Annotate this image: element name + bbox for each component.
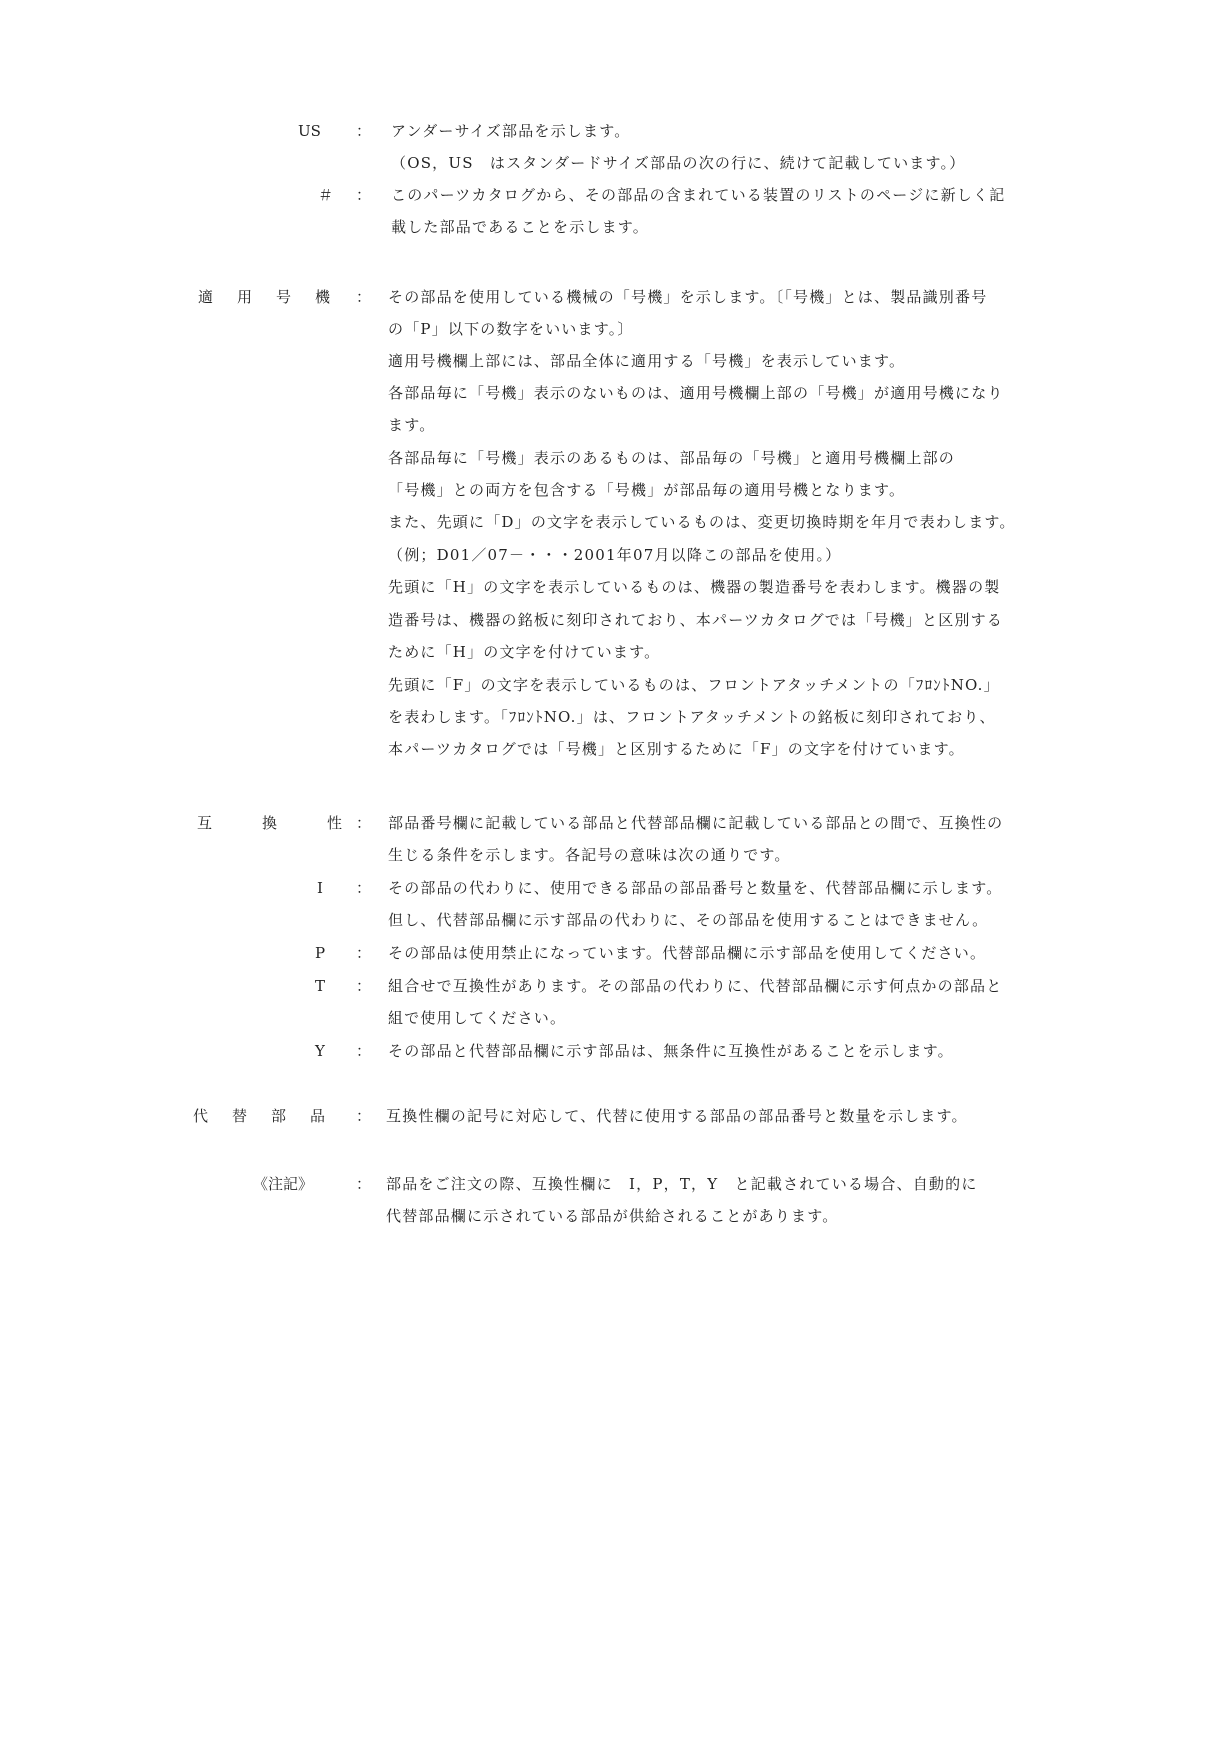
colon: ： <box>356 878 371 898</box>
colon: ： <box>356 1174 371 1194</box>
applicable-line-7: 「号機」との両方を包含する「号機」が部品毎の適用号機となります。 <box>388 480 905 500</box>
applicable-line-14: を表わします。「ﾌﾛﾝﾄNO.」は、フロントアタッチメントの銘板に刻印されており… <box>388 707 996 727</box>
code-t-line-2: 組で使用してください。 <box>388 1008 566 1028</box>
colon: ： <box>356 1106 371 1126</box>
us-line-2: （OS，US はスタンダードサイズ部品の次の行に、続けて記載しています。） <box>391 153 965 173</box>
code-p: P <box>315 943 325 963</box>
code-t: T <box>315 976 325 996</box>
applicable-line-11: 造番号は、機器の銘板に刻印されており、本パーツカタログでは「号機」と区別する <box>388 610 1003 630</box>
document-page: US ： アンダーサイズ部品を示します。 （OS，US はスタンダードサイズ部品… <box>0 0 1231 1746</box>
colon: ： <box>356 185 371 205</box>
applicable-line-2: の「P」以下の数字をいいます。〕 <box>388 319 634 339</box>
interchange-line-1: 部品番号欄に記載している部品と代替部品欄に記載している部品との間で、互換性の <box>388 813 1003 833</box>
us-line-1: アンダーサイズ部品を示します。 <box>391 121 630 141</box>
substitute-line-1: 互換性欄の記号に対応して、代替に使用する部品の部品番号と数量を示します。 <box>386 1106 968 1126</box>
colon: ： <box>356 976 371 996</box>
code-i-line-2: 但し、代替部品欄に示す部品の代わりに、その部品を使用することはできません。 <box>388 910 988 930</box>
label-hash: ＃ <box>318 185 333 205</box>
applicable-line-4: 各部品毎に「号機」表示のないものは、適用号機欄上部の「号機」が適用号機になり <box>388 383 1004 403</box>
hash-line-2: 載した部品であることを示します。 <box>391 217 649 237</box>
colon: ： <box>356 943 371 963</box>
note-line-1: 部品をご注文の際、互換性欄に I，P，T，Y と記載されている場合、自動的に <box>386 1174 978 1194</box>
interchange-line-2: 生じる条件を示します。各記号の意味は次の通りです。 <box>388 845 791 865</box>
code-y: Y <box>315 1041 325 1061</box>
applicable-line-9: （例；D01／07－・・・2001年07月以降この部品を使用。） <box>388 545 841 565</box>
applicable-line-1: その部品を使用している機械の「号機」を示します。〔「号機」とは、製品識別番号 <box>388 287 987 307</box>
colon: ： <box>356 1041 371 1061</box>
applicable-line-12: ために「H」の文字を付けています。 <box>388 642 660 662</box>
applicable-line-15: 本パーツカタログでは「号機」と区別するために「F」の文字を付けています。 <box>388 739 965 759</box>
code-t-line-1: 組合せで互換性があります。その部品の代わりに、代替部品欄に示す何点かの部品と <box>388 976 1002 996</box>
code-i-line-1: その部品の代わりに、使用できる部品の部品番号と数量を、代替部品欄に示します。 <box>388 878 1002 898</box>
code-p-line-1: その部品は使用禁止になっています。代替部品欄に示す部品を使用してください。 <box>388 943 986 963</box>
applicable-line-6: 各部品毎に「号機」表示のあるものは、部品毎の「号機」と適用号機欄上部の <box>388 448 955 468</box>
code-i: I <box>317 878 323 898</box>
applicable-line-8: また、先頭に「D」の文字を表示しているものは、変更切換時期を年月で表わします。 <box>388 512 1016 532</box>
colon: ： <box>356 813 371 833</box>
colon: ： <box>356 287 371 307</box>
colon: ： <box>356 121 371 141</box>
note-line-2: 代替部品欄に示されている部品が供給されることがあります。 <box>386 1206 838 1226</box>
code-y-line-1: その部品と代替部品欄に示す部品は、無条件に互換性があることを示します。 <box>388 1041 954 1061</box>
applicable-line-10: 先頭に「H」の文字を表示しているものは、機器の製造番号を表わします。機器の製 <box>388 577 1001 597</box>
label-note: 《注記》 <box>253 1174 313 1194</box>
label-substitute-parts: 代替部品 <box>193 1106 349 1126</box>
hash-line-1: このパーツカタログから、その部品の含まれている装置のリストのページに新しく記 <box>391 185 1005 205</box>
applicable-line-5: ます。 <box>388 415 435 435</box>
label-applicable-serial: 適用号機 <box>198 287 354 307</box>
applicable-line-13: 先頭に「F」の文字を表示しているものは、フロントアタッチメントの「ﾌﾛﾝﾄNO.… <box>388 675 1000 695</box>
label-us: US <box>298 121 321 141</box>
applicable-line-3: 適用号機欄上部には、部品全体に適用する「号機」を表示しています。 <box>388 351 905 371</box>
